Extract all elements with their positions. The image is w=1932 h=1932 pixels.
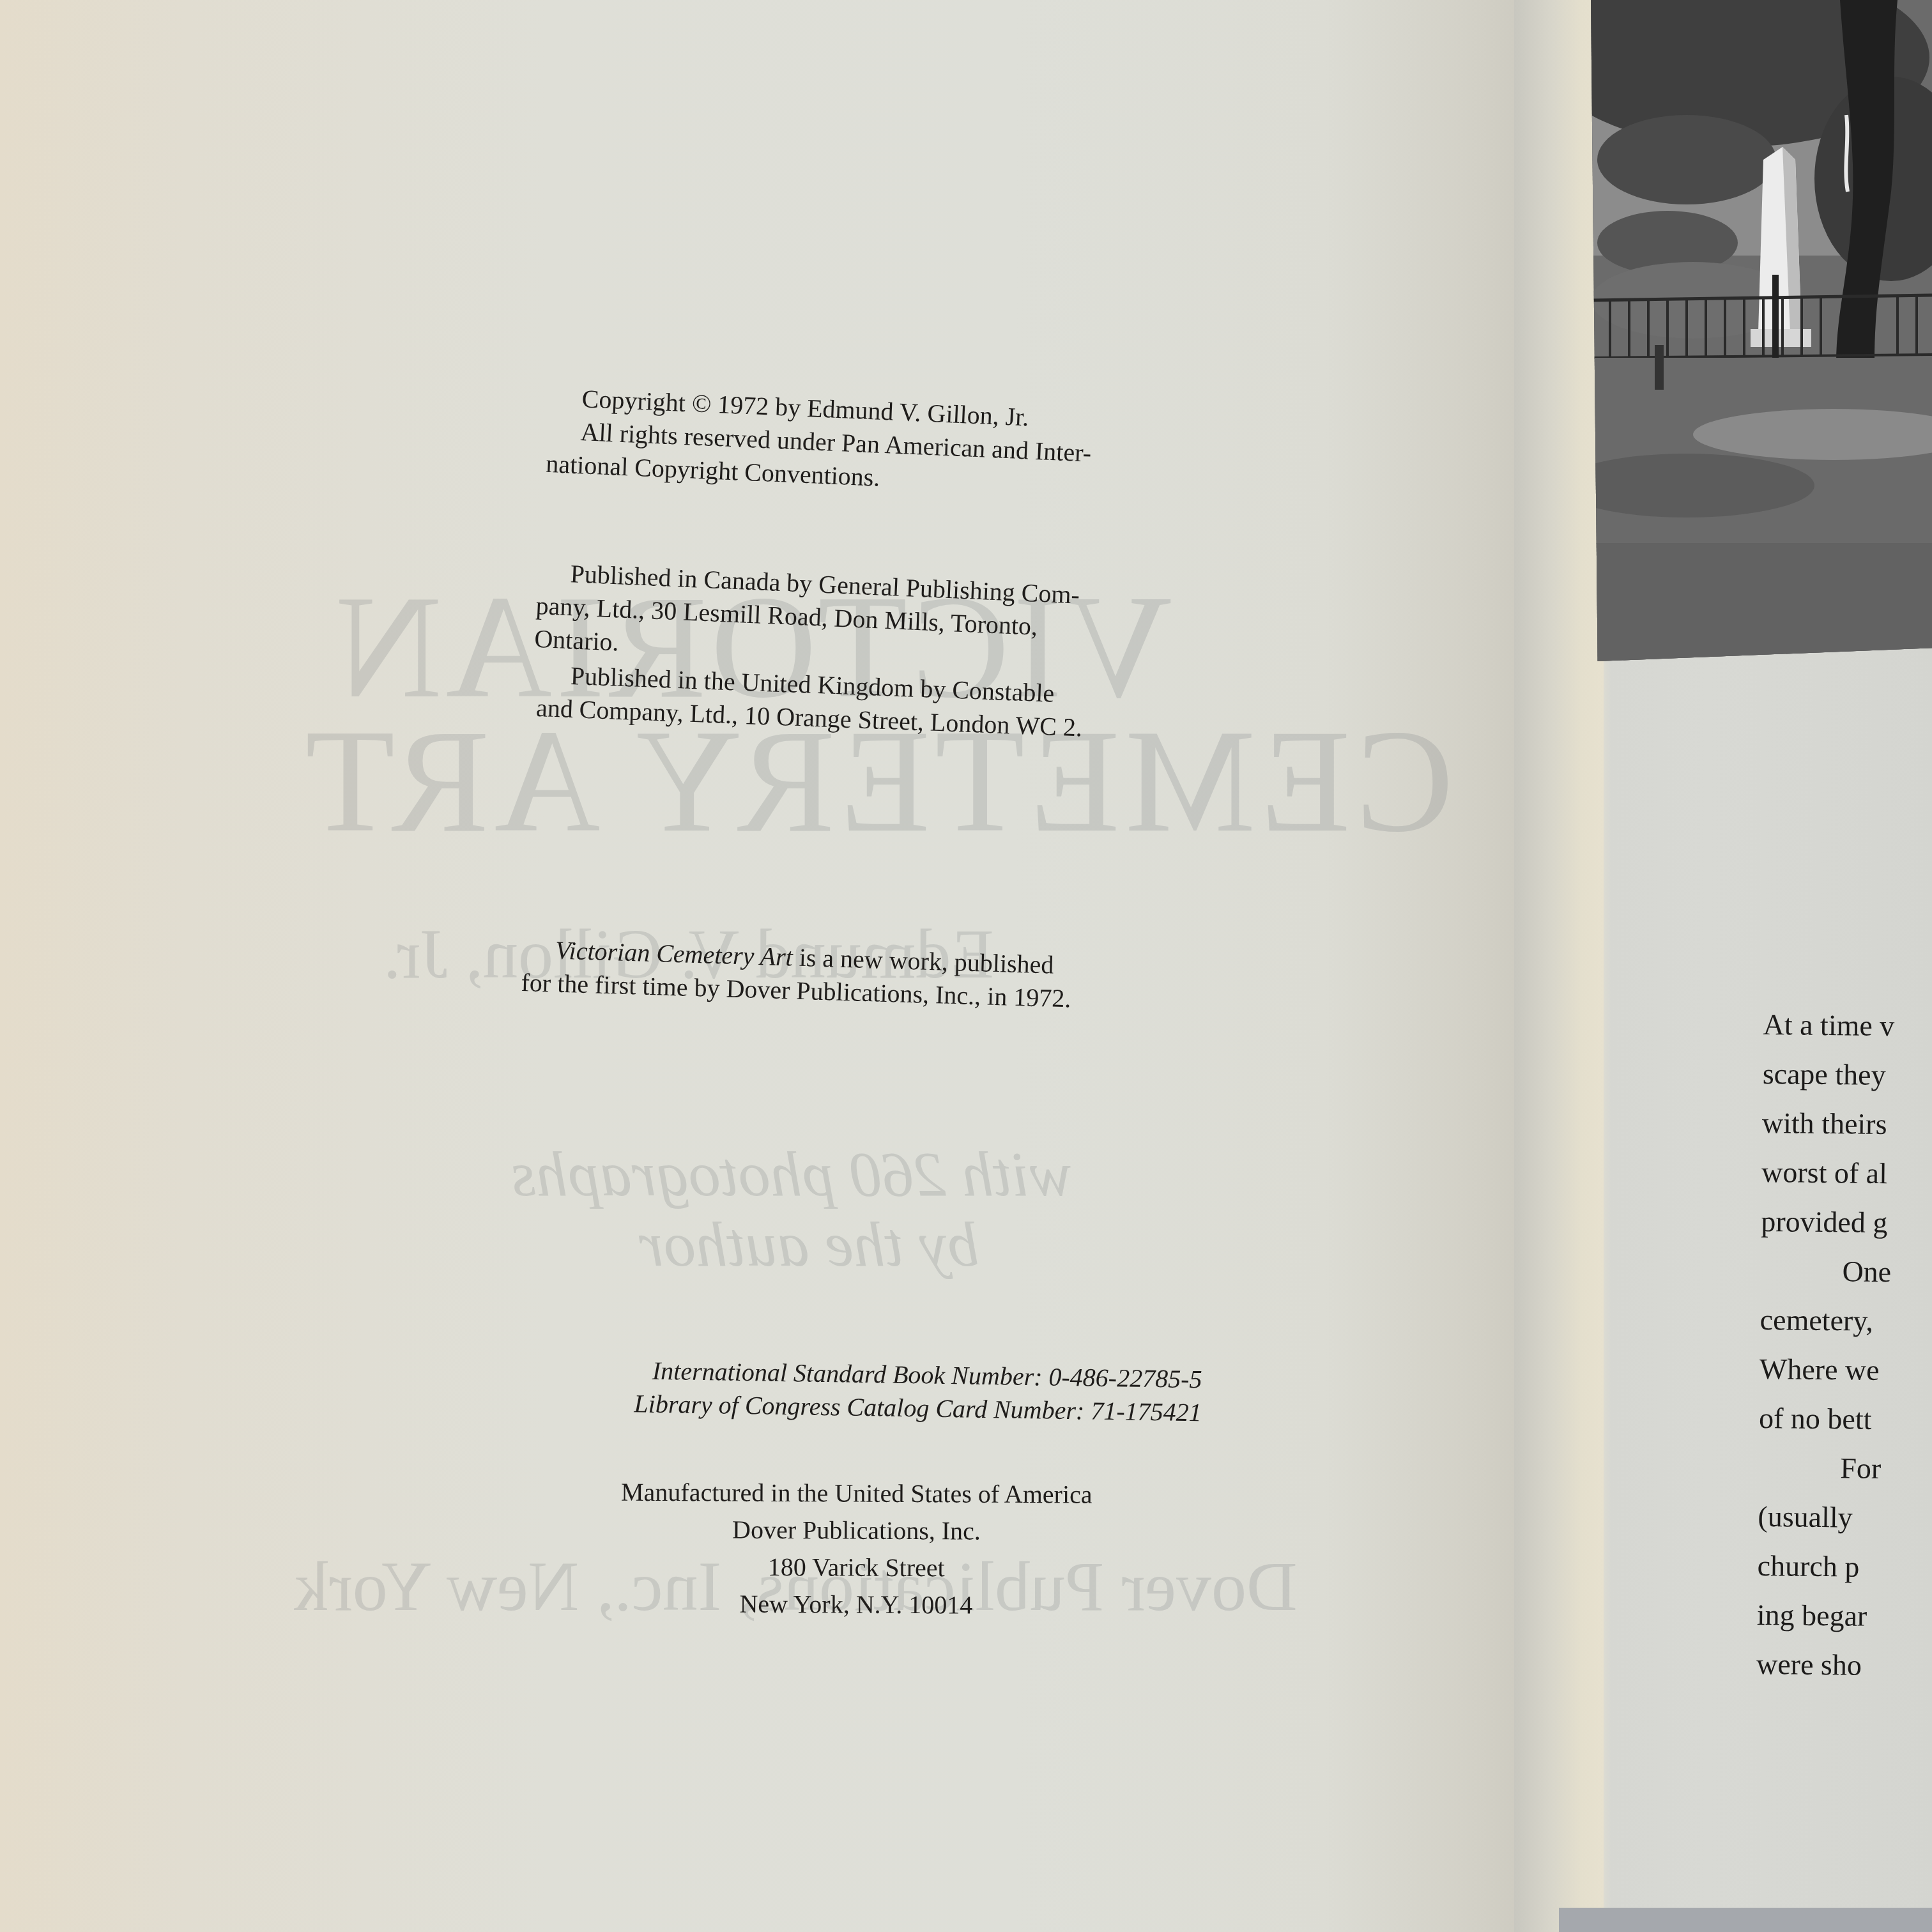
manufactured-line: Manufactured in the United States of Ame… <box>534 1473 1179 1514</box>
engraving-illustration <box>1591 0 1932 661</box>
publisher-street: 180 Varick Street <box>533 1547 1179 1588</box>
cemetery-engraving-icon <box>1591 0 1932 661</box>
text-line: of no bett <box>1759 1393 1890 1444</box>
show-through-subtitle-line1: with 260 photographs <box>511 1137 1072 1211</box>
book-title-italic: Victorian Cemetery Art <box>555 936 793 972</box>
book-identifiers: International Standard Book Number: 0-48… <box>498 1352 1202 1429</box>
new-work-statement: Victorian Cemetery Art is a new work, pu… <box>521 933 1200 1019</box>
text-line: with theirs <box>1762 1098 1894 1149</box>
chapter-body-text: At a time v scape they with theirs worst… <box>1756 1000 1895 1690</box>
text-line: were sho <box>1756 1639 1888 1690</box>
text-line: church p <box>1757 1541 1889 1591</box>
text-line: provided g <box>1761 1197 1892 1247</box>
text-line: For <box>1758 1443 1890 1493</box>
table-surface <box>1559 1908 1932 1932</box>
text-line: At a time v <box>1763 1000 1894 1050</box>
text-line: Where we <box>1759 1344 1891 1395</box>
manufacture-imprint: Manufactured in the United States of Ame… <box>533 1473 1179 1625</box>
publisher-name: Dover Publications, Inc. <box>533 1510 1179 1551</box>
copyright-notice: Copyright © 1972 by Edmund V. Gillon, Jr… <box>545 381 1200 508</box>
copyright-page: VICTORIAN CEMETERY ART Edmund V. Gillon,… <box>0 0 1559 1932</box>
text-line: worst of al <box>1761 1147 1893 1198</box>
text-line: (usually <box>1758 1492 1889 1542</box>
text-line: ing begar <box>1757 1590 1889 1641</box>
text-line: cemetery, <box>1759 1295 1891 1345</box>
publisher-city: New York, N.Y. 10014 <box>533 1584 1179 1625</box>
show-through-subtitle-line2: by the author <box>639 1207 979 1281</box>
page-edge <box>1514 0 1604 1932</box>
new-work-line1: is a new work, published <box>792 943 1054 979</box>
text-line: scape they <box>1762 1049 1894 1100</box>
text-line: One <box>1760 1246 1892 1296</box>
